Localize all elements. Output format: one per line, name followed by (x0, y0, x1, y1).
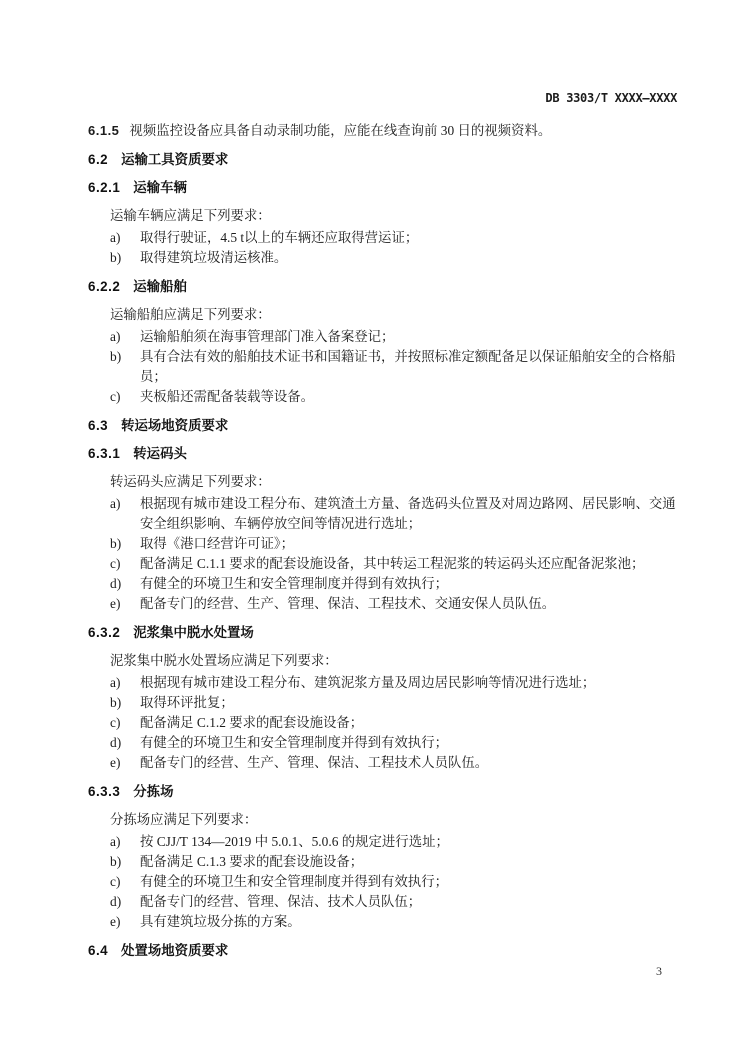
list-item-e: e) 配备专门的经营、生产、管理、保洁、工程技术人员队伍。 (110, 753, 678, 773)
heading-title: 运输船舶 (133, 277, 187, 297)
heading-title: 泥浆集中脱水处置场 (133, 623, 254, 643)
item-text: 取得《港口经营许可证》； (140, 534, 678, 554)
list-item-a: a) 取得行驶证，4.5 t以上的车辆还应取得营运证； (110, 228, 678, 248)
item-label: c) (110, 554, 140, 574)
list-item-b: b) 具有合法有效的船舶技术证书和国籍证书，并按照标准定额配备足以保证船舶安全的… (110, 347, 678, 387)
item-text: 具有建筑垃圾分拣的方案。 (140, 912, 678, 932)
list-item-a: a) 根据现有城市建设工程分布、建筑渣土方量、备选码头位置及对周边路网、居民影响… (110, 494, 678, 534)
requirement-list-6-2-1: a) 取得行驶证，4.5 t以上的车辆还应取得营运证； b) 取得建筑垃圾清运核… (110, 228, 678, 268)
item-text: 配备满足 C.1.3 要求的配套设施设备； (140, 852, 678, 872)
item-label: a) (110, 673, 140, 693)
list-item-a: a) 按 CJJ/T 134—2019 中 5.0.1、5.0.6 的规定进行选… (110, 832, 678, 852)
list-item-b: b) 取得环评批复； (110, 693, 678, 713)
lead-paragraph-6-3-2: 泥浆集中脱水处置场应满足下列要求： (110, 651, 678, 671)
heading-6-2: 6.2 运输工具资质要求 (88, 150, 678, 170)
item-text: 配备专门的经营、生产、管理、保洁、工程技术、交通安保人员队伍。 (140, 594, 678, 614)
item-label: e) (110, 594, 140, 614)
list-item-a: a) 根据现有城市建设工程分布、建筑泥浆方量及周边居民影响等情况进行选址； (110, 673, 678, 693)
heading-number: 6.2.1 (88, 178, 120, 198)
item-label: c) (110, 387, 140, 407)
list-item-c: c) 配备满足 C.1.1 要求的配套设施设备，其中转运工程泥浆的转运码头还应配… (110, 554, 678, 574)
item-text: 配备专门的经营、管理、保洁、技术人员队伍； (140, 892, 678, 912)
heading-6-2-1: 6.2.1 运输车辆 (88, 178, 678, 198)
heading-title: 转运场地资质要求 (121, 416, 228, 436)
item-text: 按 CJJ/T 134—2019 中 5.0.1、5.0.6 的规定进行选址； (140, 832, 678, 852)
list-item-b: b) 配备满足 C.1.3 要求的配套设施设备； (110, 852, 678, 872)
item-label: e) (110, 753, 140, 773)
list-item-d: d) 配备专门的经营、管理、保洁、技术人员队伍； (110, 892, 678, 912)
item-label: b) (110, 248, 140, 268)
item-text: 根据现有城市建设工程分布、建筑泥浆方量及周边居民影响等情况进行选址； (140, 673, 678, 693)
list-item-e: e) 配备专门的经营、生产、管理、保洁、工程技术、交通安保人员队伍。 (110, 594, 678, 614)
list-item-e: e) 具有建筑垃圾分拣的方案。 (110, 912, 678, 932)
item-text: 运输船舶须在海事管理部门准入备案登记； (140, 327, 678, 347)
item-text: 取得行驶证，4.5 t以上的车辆还应取得营运证； (140, 228, 678, 248)
list-item-d: d) 有健全的环境卫生和安全管理制度并得到有效执行； (110, 733, 678, 753)
item-label: a) (110, 832, 140, 852)
heading-6-3-3: 6.3.3 分拣场 (88, 782, 678, 802)
heading-number: 6.3.2 (88, 623, 120, 643)
requirement-list-6-3-1: a) 根据现有城市建设工程分布、建筑渣土方量、备选码头位置及对周边路网、居民影响… (110, 494, 678, 614)
item-text: 夹板船还需配备装载等设备。 (140, 387, 678, 407)
requirement-list-6-3-2: a) 根据现有城市建设工程分布、建筑泥浆方量及周边居民影响等情况进行选址； b)… (110, 673, 678, 773)
item-text: 有健全的环境卫生和安全管理制度并得到有效执行； (140, 733, 678, 753)
list-item-c: c) 配备满足 C.1.2 要求的配套设施设备； (110, 713, 678, 733)
lead-paragraph-6-3-3: 分拣场应满足下列要求： (110, 810, 678, 830)
item-label: c) (110, 872, 140, 892)
list-item-c: c) 有健全的环境卫生和安全管理制度并得到有效执行； (110, 872, 678, 892)
list-item-d: d) 有健全的环境卫生和安全管理制度并得到有效执行； (110, 574, 678, 594)
heading-number: 6.3.1 (88, 444, 120, 464)
document-code-header: DB 3303/T XXXX—XXXX (545, 91, 677, 105)
requirement-list-6-3-3: a) 按 CJJ/T 134—2019 中 5.0.1、5.0.6 的规定进行选… (110, 832, 678, 932)
heading-6-3: 6.3 转运场地资质要求 (88, 416, 678, 436)
document-page: DB 3303/T XXXX—XXXX 6.1.5 视频监控设备应具备自动录制功… (0, 0, 744, 1052)
item-text: 具有合法有效的船舶技术证书和国籍证书，并按照标准定额配备足以保证船舶安全的合格船… (140, 347, 678, 387)
item-label: d) (110, 733, 140, 753)
clause-6-1-5: 6.1.5 视频监控设备应具备自动录制功能，应能在线查询前 30 日的视频资料。 (88, 121, 678, 141)
heading-number: 6.2.2 (88, 277, 120, 297)
heading-title: 运输工具资质要求 (121, 150, 228, 170)
heading-number: 6.2 (88, 150, 108, 170)
lead-paragraph-6-3-1: 转运码头应满足下列要求： (110, 472, 678, 492)
heading-title: 分拣场 (133, 782, 173, 802)
heading-6-2-2: 6.2.2 运输船舶 (88, 277, 678, 297)
item-label: a) (110, 228, 140, 248)
item-label: a) (110, 494, 140, 534)
item-text: 有健全的环境卫生和安全管理制度并得到有效执行； (140, 574, 678, 594)
requirement-list-6-2-2: a) 运输船舶须在海事管理部门准入备案登记； b) 具有合法有效的船舶技术证书和… (110, 327, 678, 407)
item-label: c) (110, 713, 140, 733)
heading-number: 6.3 (88, 416, 108, 436)
item-text: 取得建筑垃圾清运核准。 (140, 248, 678, 268)
heading-number: 6.4 (88, 941, 108, 961)
list-item-a: a) 运输船舶须在海事管理部门准入备案登记； (110, 327, 678, 347)
heading-title: 转运码头 (133, 444, 187, 464)
heading-number: 6.3.3 (88, 782, 120, 802)
lead-paragraph-6-2-2: 运输船舶应满足下列要求： (110, 305, 678, 325)
list-item-c: c) 夹板船还需配备装载等设备。 (110, 387, 678, 407)
item-text: 根据现有城市建设工程分布、建筑渣土方量、备选码头位置及对周边路网、居民影响、交通… (140, 494, 678, 534)
item-label: a) (110, 327, 140, 347)
list-item-b: b) 取得《港口经营许可证》； (110, 534, 678, 554)
item-label: d) (110, 574, 140, 594)
item-text: 取得环评批复； (140, 693, 678, 713)
item-label: b) (110, 534, 140, 554)
item-text: 有健全的环境卫生和安全管理制度并得到有效执行； (140, 872, 678, 892)
item-label: b) (110, 852, 140, 872)
item-label: e) (110, 912, 140, 932)
heading-6-4: 6.4 处置场地资质要求 (88, 941, 678, 961)
heading-6-3-2: 6.3.2 泥浆集中脱水处置场 (88, 623, 678, 643)
item-text: 配备专门的经营、生产、管理、保洁、工程技术人员队伍。 (140, 753, 678, 773)
item-text: 配备满足 C.1.1 要求的配套设施设备，其中转运工程泥浆的转运码头还应配备泥浆… (140, 554, 678, 574)
list-item-b: b) 取得建筑垃圾清运核准。 (110, 248, 678, 268)
clause-text: 视频监控设备应具备自动录制功能，应能在线查询前 30 日的视频资料。 (129, 121, 551, 141)
heading-6-3-1: 6.3.1 转运码头 (88, 444, 678, 464)
item-label: b) (110, 693, 140, 713)
document-body: 6.1.5 视频监控设备应具备自动录制功能，应能在线查询前 30 日的视频资料。… (88, 121, 678, 961)
page-number: 3 (656, 964, 662, 979)
lead-paragraph-6-2-1: 运输车辆应满足下列要求： (110, 206, 678, 226)
item-text: 配备满足 C.1.2 要求的配套设施设备； (140, 713, 678, 733)
clause-number: 6.1.5 (88, 121, 119, 141)
item-label: b) (110, 347, 140, 387)
heading-title: 处置场地资质要求 (121, 941, 228, 961)
heading-title: 运输车辆 (133, 178, 187, 198)
item-label: d) (110, 892, 140, 912)
